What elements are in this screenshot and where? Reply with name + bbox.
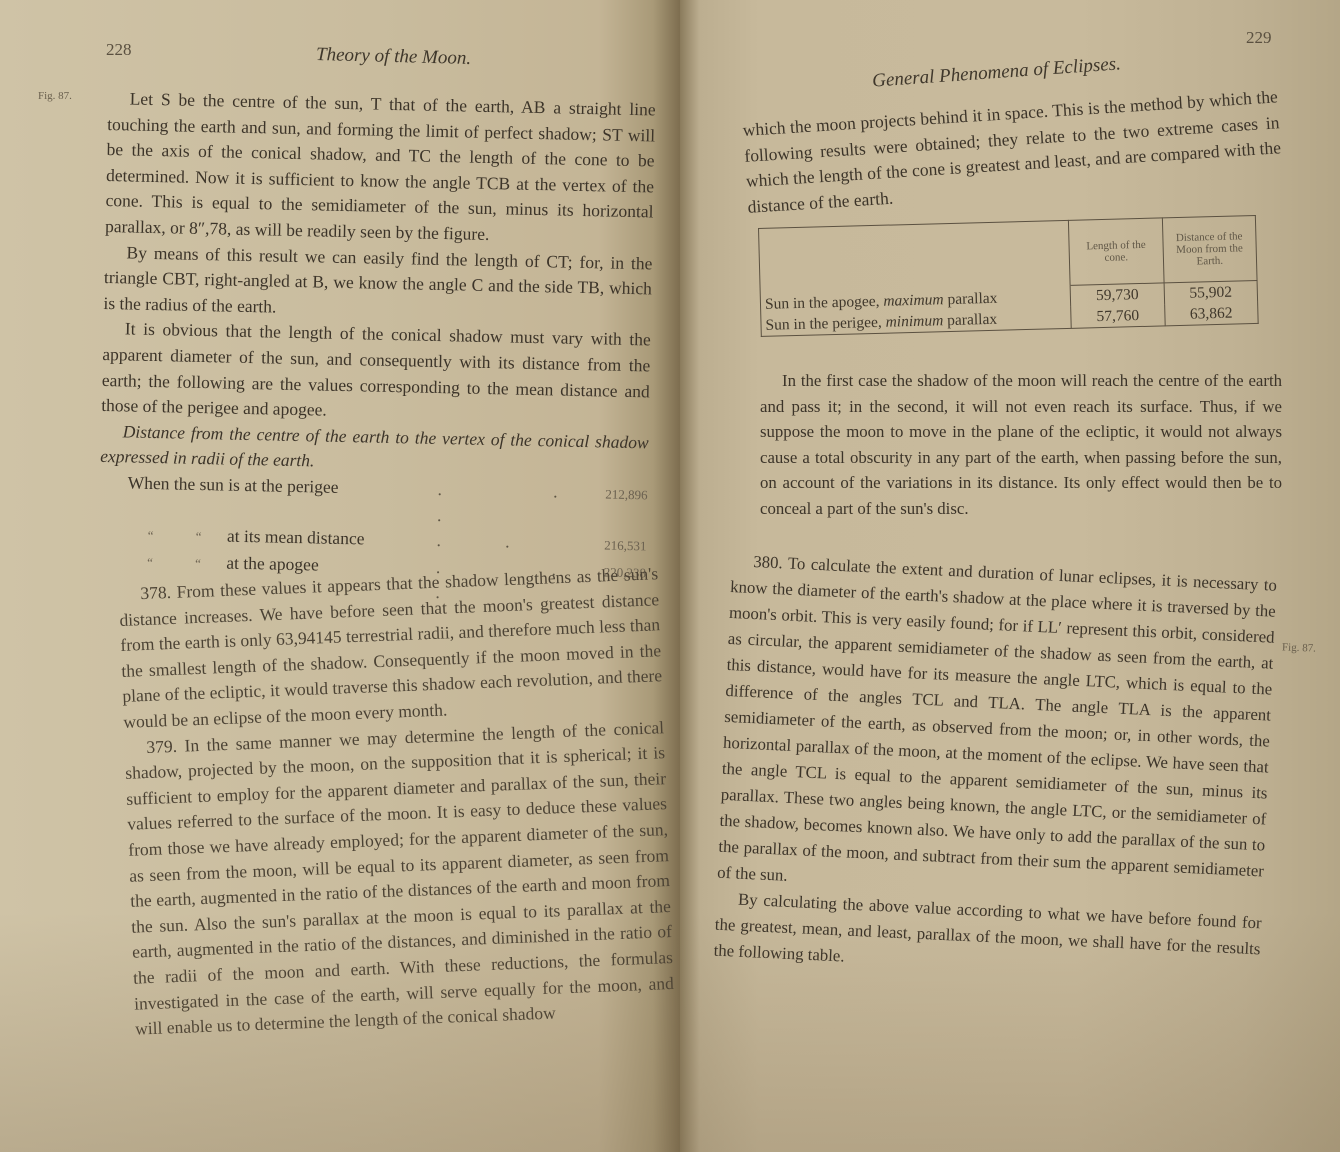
paragraph-380: 380. To calculate the extent and duratio… <box>717 548 1278 910</box>
right-lower-text: 380. To calculate the extent and duratio… <box>713 548 1277 988</box>
distance-label: at its mean distance <box>227 526 365 549</box>
leader-dots: . . <box>436 528 587 557</box>
table-header-distance: Distance of the Moon from the Earth. <box>1162 215 1257 282</box>
paragraph: It is obvious that the length of the con… <box>101 316 651 430</box>
figure-reference: Fig. 87. <box>38 90 72 102</box>
moon-distance-value: 55,902 <box>1164 280 1258 304</box>
running-head: Theory of the Moon. <box>316 44 472 70</box>
left-body-text: Let S be the centre of the sun, T that o… <box>97 86 656 610</box>
running-head: General Phenomena of Eclipses. <box>872 53 1122 92</box>
table-header-blank <box>759 220 1071 293</box>
distance-label: at the apogee <box>226 552 319 574</box>
paragraph-379: 379. In the same manner we may determine… <box>124 715 675 1043</box>
paragraph: Let S be the centre of the sun, T that o… <box>105 86 656 251</box>
eclipse-results-table: Length of the cone. Distance of the Moon… <box>758 215 1259 337</box>
left-lower-text: 378. From these values it appears that t… <box>118 561 675 1042</box>
leader-dots: . . . <box>437 477 588 531</box>
ditto-mark: “ <box>126 549 175 576</box>
paragraph: By means of this result we can easily fi… <box>103 240 652 328</box>
ditto-mark: “ <box>174 550 223 577</box>
distance-label: When the sun is at the perigee <box>127 470 437 502</box>
ditto-mark: “ <box>174 524 223 551</box>
cone-length-value: 59,730 <box>1070 283 1164 307</box>
page-number: 229 <box>1246 28 1272 48</box>
page-number: 228 <box>106 40 132 60</box>
right-page: 229 General Phenomena of Eclipses. which… <box>680 0 1340 1152</box>
paragraph-378: 378. From these values it appears that t… <box>118 561 663 735</box>
left-page: 228 Theory of the Moon. Fig. 87. Let S b… <box>0 0 680 1152</box>
cone-length-value: 57,760 <box>1071 304 1165 328</box>
moon-distance-value: 63,862 <box>1164 302 1258 326</box>
distance-value: 212,896 <box>587 481 648 508</box>
ditto-mark: “ <box>126 523 175 550</box>
figure-reference: Fig. 87. <box>1282 641 1316 654</box>
paragraph: In the first case the shadow of the moon… <box>760 368 1282 522</box>
distance-value: 216,531 <box>586 532 647 559</box>
paragraph: which the moon projects behind it in spa… <box>742 84 1283 220</box>
right-middle-text: In the first case the shadow of the moon… <box>760 368 1282 522</box>
table-header-length: Length of the cone. <box>1069 218 1164 285</box>
right-intro-text: which the moon projects behind it in spa… <box>742 84 1283 220</box>
